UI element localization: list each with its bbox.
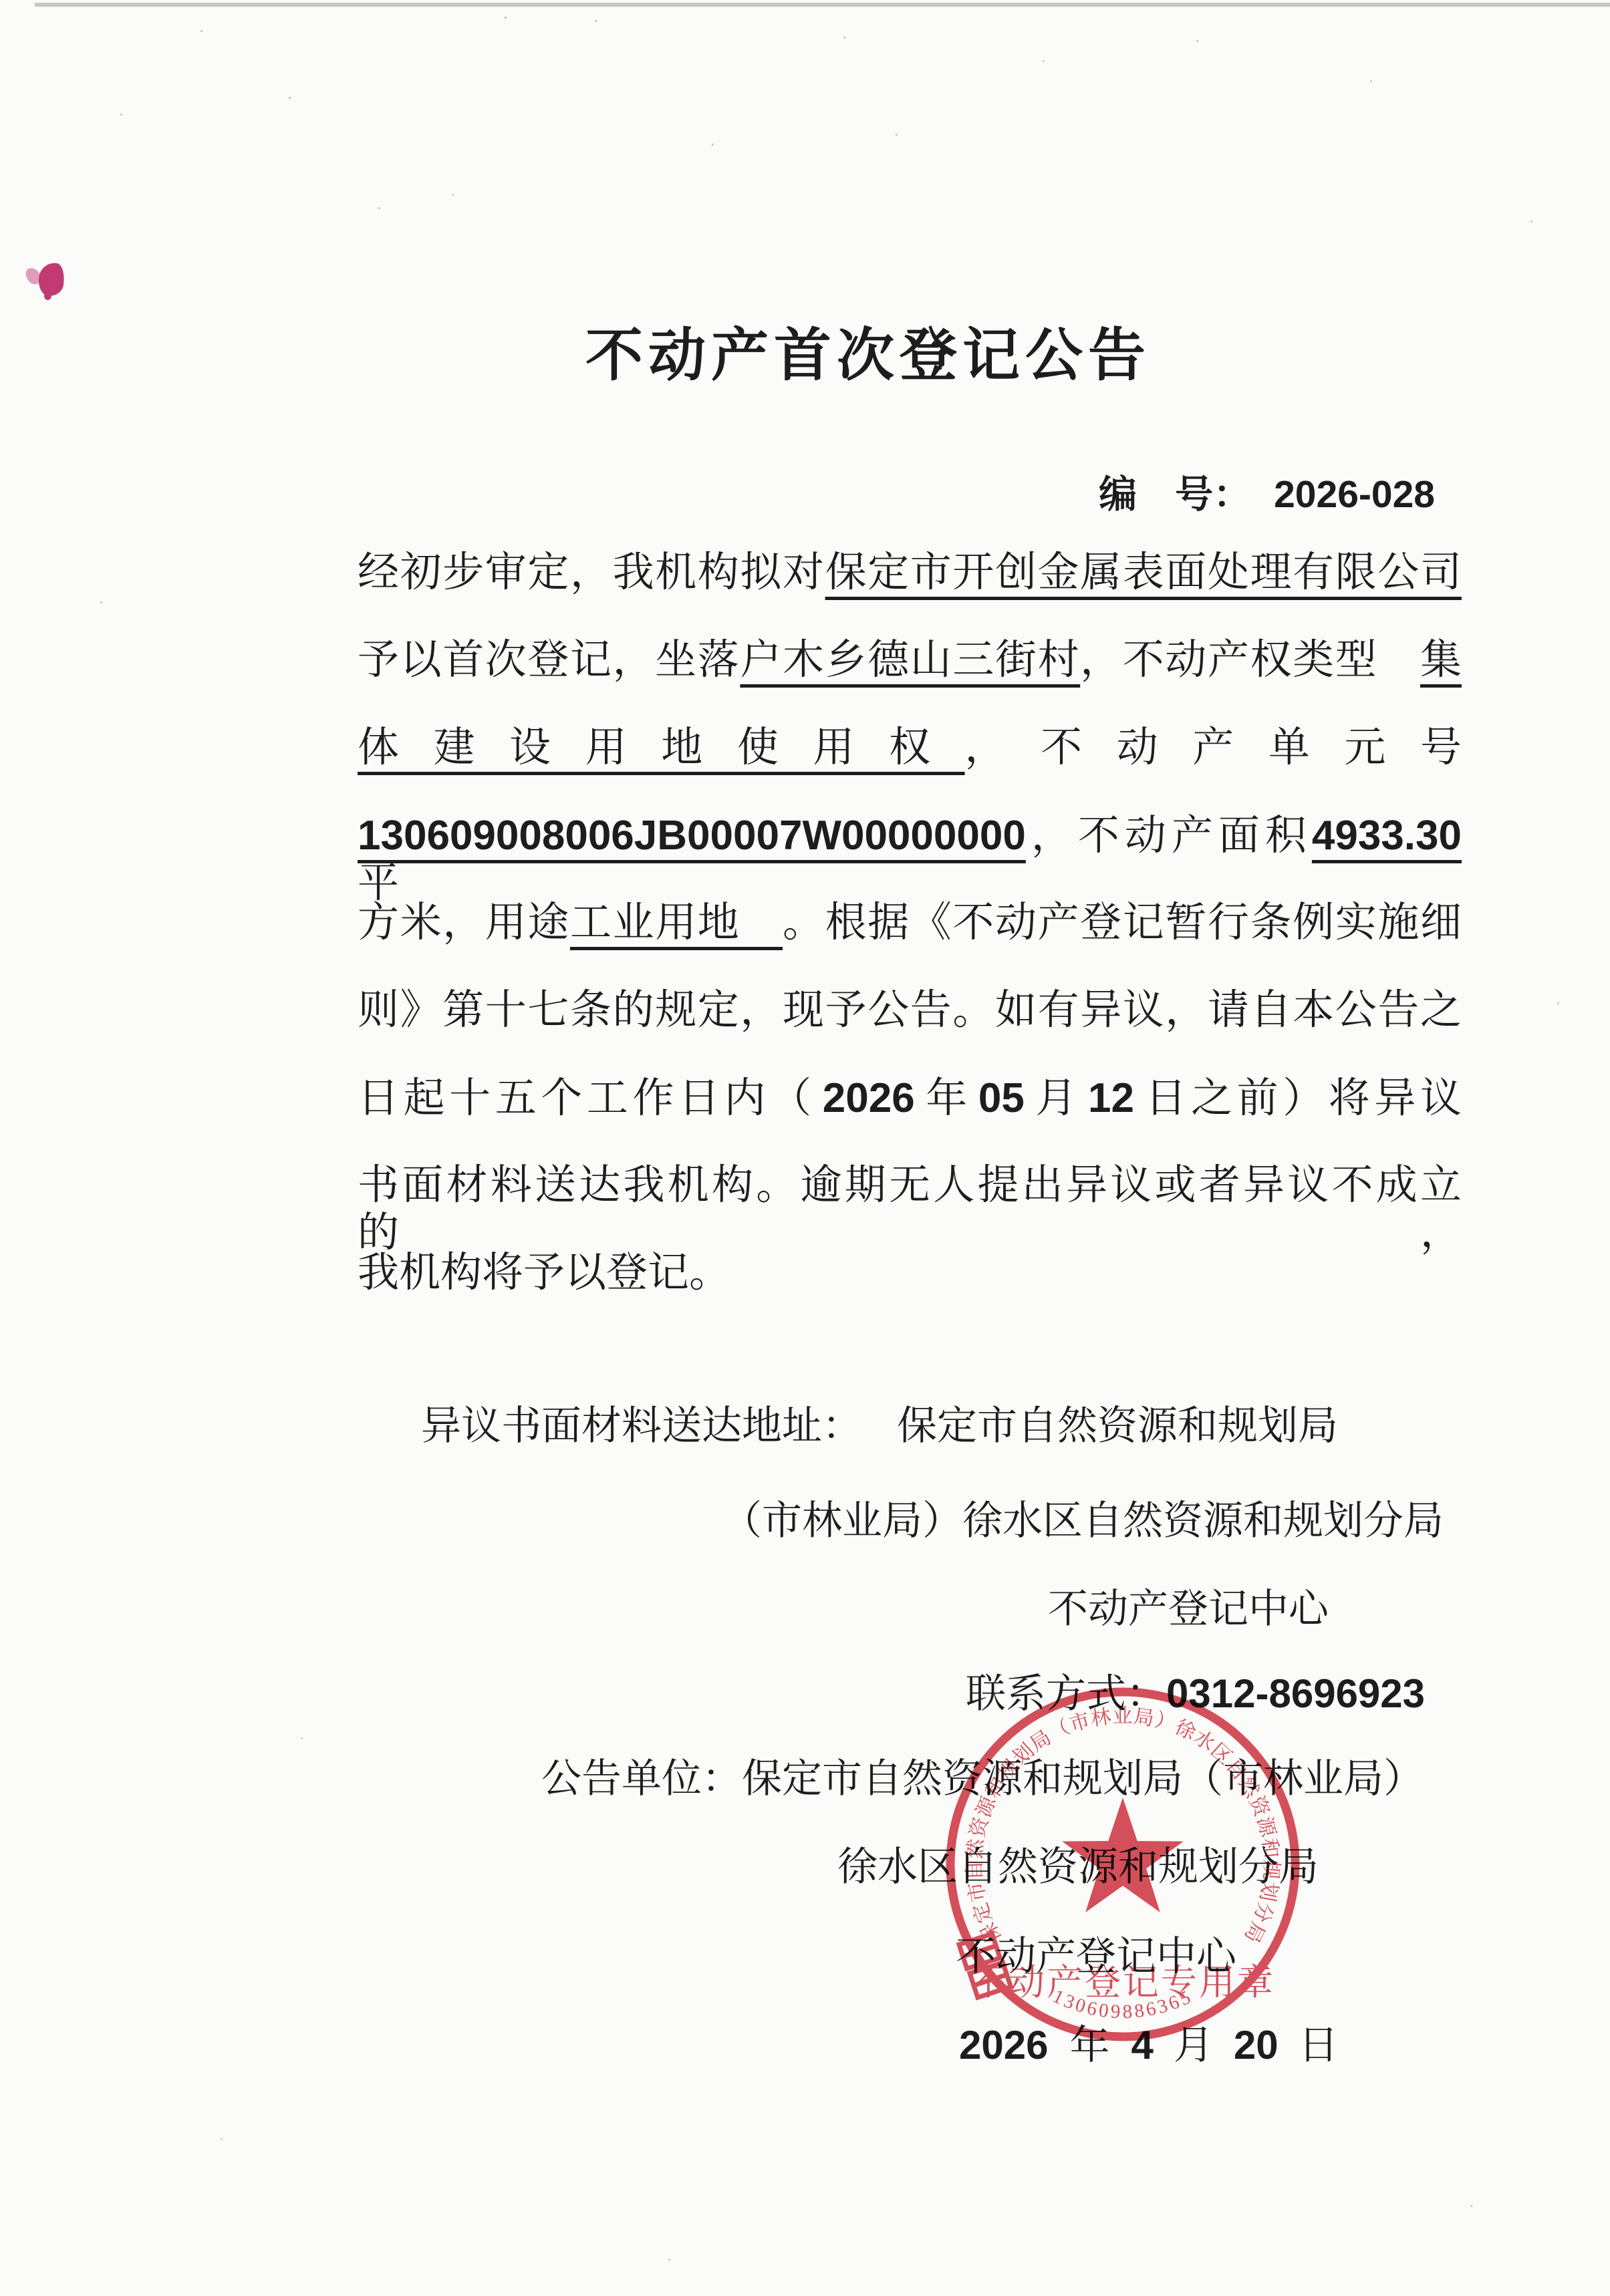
document-number-value: 2026-028 — [1274, 473, 1435, 516]
body-line-1: 经初步审定，我机构拟对保定市开创金属表面处理有限公司 — [358, 549, 1462, 597]
objection-address-line-3: 不动产登记中心 — [1048, 1586, 1329, 1632]
body-line-7: 日起十五个工作日内（2026年05月12日之前）将异议 — [358, 1074, 1462, 1123]
location-underlined: 户木乡德山三街村 — [740, 637, 1080, 683]
body-line-6: 则》第十七条的规定，现予公告。如有异议，请自本公告之 — [358, 987, 1462, 1034]
deadline-day: 12 — [1088, 1075, 1134, 1121]
objection-address-line-1: 异议书面材料送达地址：保定市自然资源和规划局 — [421, 1403, 1338, 1449]
page-title: 不动产首次登记公告 — [316, 309, 1420, 392]
seal-star-icon — [1062, 1798, 1183, 1912]
body-line-3: 体建设用地使用权，不动产单元号 — [358, 724, 1462, 772]
document-number-label: 编 号： — [1099, 474, 1251, 516]
unit-number-underlined: 130609008006JB00007W00000000 — [358, 813, 1026, 859]
body-line-8: 书面材料送达我机构。逾期无人提出异议或者异议不成立的， — [358, 1162, 1462, 1258]
document-page: 不动产首次登记公告 编 号：2026-028 经初步审定，我机构拟对保定市开创金… — [0, 0, 1610, 2296]
land-use-underlined: 工业用地 — [570, 900, 783, 946]
scan-edge-line — [35, 3, 1610, 7]
right-type-underlined-cont: 体建设用地使用权 — [358, 725, 965, 770]
official-red-seal: 保定市自然资源和规划局（市林业局）徐水区自然资源和规划分局 不动产登记专用章 1… — [922, 1657, 1323, 2058]
body-line-9: 我机构将予以登记。 — [358, 1250, 1462, 1297]
objection-address-label: 异议书面材料送达地址： — [421, 1404, 862, 1448]
ink-smudge — [27, 259, 80, 306]
right-type-underlined-start: 集 — [1420, 637, 1462, 683]
document-number-line: 编 号：2026-028 — [358, 464, 1435, 519]
deadline-month: 05 — [978, 1075, 1025, 1121]
body-line-2: 予以首次登记，坐落户木乡德山三街村，不动产权类型 集 — [358, 637, 1462, 684]
issuer-label: 公告单位： — [541, 1757, 742, 1801]
objection-address-line-2: （市林业局）徐水区自然资源和规划分局 — [722, 1498, 1444, 1544]
body-line-5: 方米，用途工业用地 。根据《不动产登记暂行条例实施细 — [358, 899, 1462, 947]
deadline-year: 2026 — [823, 1075, 915, 1121]
seal-graphic: 保定市自然资源和规划局（市林业局）徐水区自然资源和规划分局 不动产登记专用章 1… — [922, 1657, 1323, 2058]
objection-address-value: 保定市自然资源和规划局 — [897, 1404, 1338, 1448]
applicant-name-underlined: 保定市开创金属表面处理有限公司 — [825, 550, 1462, 595]
body-line-4: 130609008006JB00007W00000000，不动产面积4933.3… — [358, 812, 1462, 908]
scan-noise-specks — [0, 0, 2, 2]
area-value-underlined: 4933.30 — [1312, 813, 1462, 859]
seal-banner-text: 不动产登记专用章 — [970, 1963, 1275, 2003]
